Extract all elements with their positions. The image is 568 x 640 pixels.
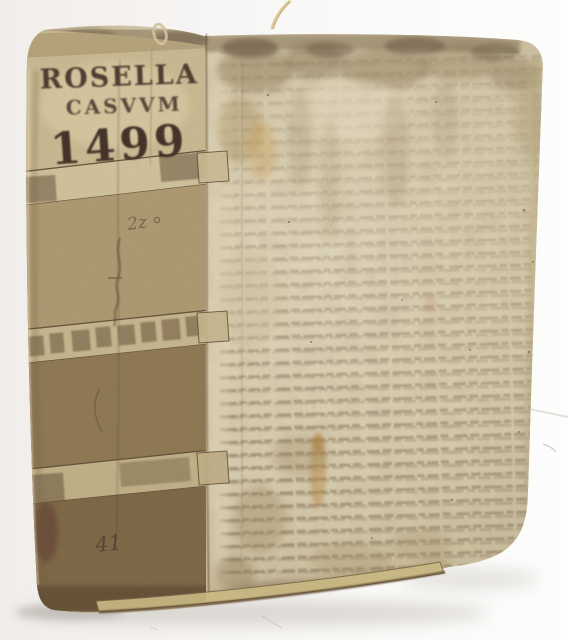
book-grain	[18, 26, 550, 614]
book: ROSELLA CASVVM 1499 2z 41	[18, 1, 550, 618]
photo-scene: ROSELLA CASVVM 1499 2z 41	[0, 0, 568, 640]
book-photo: ROSELLA CASVVM 1499 2z 41	[0, 0, 568, 640]
